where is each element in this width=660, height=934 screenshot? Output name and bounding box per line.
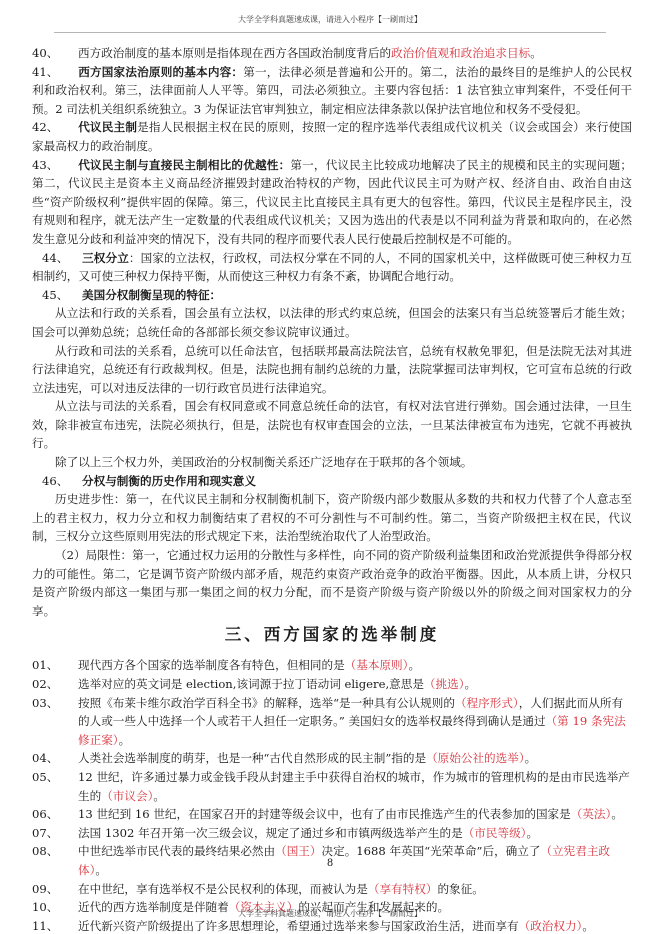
qa-number: 09、 <box>32 880 78 899</box>
item-number: 42、 <box>32 118 78 137</box>
qa-number: 05、 <box>32 768 78 805</box>
qa-tail: 。 <box>119 733 131 747</box>
qa-tail: 。 <box>582 919 594 933</box>
item-45-para: 从立法与司法的关系看，国会有权同意或不同意总统任命的法官，有权对法官进行弹劾。国… <box>32 397 632 453</box>
qa-text: 13 世纪到 16 世纪，在国家召开的封建等级会议中，也有了由市民推选产生的代表… <box>78 807 571 821</box>
footer-promo-note: 大学全学科真题速成课，请进入小程序【一刷而过】 <box>0 908 660 919</box>
header-divider <box>54 32 606 33</box>
page-number: 8 <box>0 858 660 869</box>
qa-number: 06、 <box>32 805 78 824</box>
qa-text: 近代新兴资产阶级提出了许多思想理论，希望通过选举来参与国家政治生活，进而享有 <box>78 919 519 933</box>
qa-text: 法国 1302 年召开第一次三级会议，规定了通过乡和市镇两级选举产生的是 <box>78 826 463 840</box>
qa-item-03: 03、 按照《布莱卡维尔政治学百科全书》的解释，选举“是一种具有公认规则的（程序… <box>32 694 632 750</box>
item-term: 西方国家法治原则的基本内容： <box>78 65 243 79</box>
qa-tail: 。 <box>525 751 537 765</box>
item-number: 44、 <box>32 249 82 268</box>
qa-item-04: 04、 人类社会选举制度的萌芽，也是一种“古代自然形成的民主制”指的是（原始公社… <box>32 749 632 768</box>
item-43: 43、代议民主制与直接民主制相比的优越性：第一，代议民主比较成功地解决了民主的规… <box>32 156 632 249</box>
qa-item-02: 02、 选举对应的英文词是 election,该词源于拉丁语动词 eligere… <box>32 675 632 694</box>
qa-tail: 。 <box>408 658 420 672</box>
item-number: 43、 <box>32 156 78 175</box>
answer-highlight: （政治权力） <box>519 919 583 933</box>
header-promo-note: 大学全学科真题速成课，请进入小程序【一刷而过】 <box>0 14 660 25</box>
qa-text: 在中世纪，享有选举权不是公民权利的体现，而被认为是 <box>78 882 368 896</box>
answer-highlight: （程序形式） <box>455 696 519 710</box>
qa-tail: 的象征。 <box>437 882 483 896</box>
item-45: 45、美国分权制衡呈现的特征： <box>32 286 632 305</box>
qa-number: 01、 <box>32 656 78 675</box>
section-heading: 三、西方国家的选举制度 <box>32 624 632 646</box>
item-46: 46、分权与制衡的历史作用和现实意义 <box>32 472 632 491</box>
item-tail: 。 <box>530 46 542 60</box>
answer-highlight: （享有特权） <box>368 882 438 896</box>
qa-item-09: 09、 在中世纪，享有选举权不是公民权利的体现，而被认为是（享有特权）的象征。 <box>32 880 632 899</box>
item-45-para: 除了以上三个权力外，美国政治的分权制衡关系还广泛地存在于联邦的各个领域。 <box>32 453 632 472</box>
item-44: 44、三权分立：国家的立法权，行政权，司法权分掌在不同的人，不同的国家机关中，这… <box>32 249 632 286</box>
qa-item-01: 01、 现代西方各个国家的选举制度各有特色，但相同的是（基本原则）。 <box>32 656 632 675</box>
qa-text: 选举对应的英文词是 election,该词源于拉丁语动词 eligere,意思是 <box>78 677 424 691</box>
qa-tail: 。 <box>153 789 165 803</box>
item-term: 三权分立 <box>82 251 129 265</box>
qa-number: 02、 <box>32 675 78 694</box>
item-term: 代议民主制 <box>78 120 137 134</box>
qa-item-07: 07、 法国 1302 年召开第一次三级会议，规定了通过乡和市镇两级选举产生的是… <box>32 824 632 843</box>
answer-highlight: （市议会） <box>101 789 153 803</box>
item-number: 41、 <box>32 63 78 82</box>
qa-text-mid: 决定。1688 年英国“光荣革命”后，确立了 <box>322 844 541 858</box>
answer-highlight: （英法） <box>571 807 612 821</box>
item-number: 46、 <box>32 472 82 491</box>
qa-number: 04、 <box>32 749 78 768</box>
qa-item-06: 06、 13 世纪到 16 世纪，在国家召开的封建等级会议中，也有了由市民推选产… <box>32 805 632 824</box>
answer-highlight: （原始公社的选举） <box>426 751 525 765</box>
qa-tail: 。 <box>611 807 623 821</box>
qa-number: 07、 <box>32 824 78 843</box>
qa-number: 11、 <box>32 917 78 934</box>
item-number: 40、 <box>32 44 78 63</box>
item-45-para: 从立法和行政的关系看，国会虽有立法权，以法律的形式约束总统，但国会的法案只有当总… <box>32 304 632 341</box>
answer-highlight: （挑选） <box>424 677 465 691</box>
item-term: 代议民主制与直接民主制相比的优越性： <box>78 158 290 172</box>
answer-highlight: （市民等级） <box>463 826 527 840</box>
qa-text: 人类社会选举制度的萌芽，也是一种“古代自然形成的民主制”指的是 <box>78 751 426 765</box>
item-46-para: 历史进步性：第一，在代议民主制和分权制衡机制下，资产阶级内部少数服从多数的共和权… <box>32 490 632 546</box>
qa-item-11: 11、 近代新兴资产阶级提出了许多思想理论，希望通过选举来参与国家政治生活，进而… <box>32 917 632 934</box>
qa-item-05: 05、 12 世纪，许多通过暴力或金钱手段从封建主手中获得自治权的城市，作为城市… <box>32 768 632 805</box>
answer-highlight: （基本原则） <box>345 658 409 672</box>
qa-text: 按照《布莱卡维尔政治学百科全书》的解释，选举“是一种具有公认规则的 <box>78 696 455 710</box>
item-term: 美国分权制衡呈现的特征： <box>82 288 221 302</box>
item-text: 西方政治制度的基本原则是指体现在西方各国政治制度背后的 <box>78 46 391 60</box>
answer-highlight: （国王） <box>275 844 321 858</box>
item-number: 45、 <box>32 286 82 305</box>
page-content: 40、西方政治制度的基本原则是指体现在西方各国政治制度背后的政治价值观和政治追求… <box>32 44 632 934</box>
item-45-para: 从行政和司法的关系看，总统可以任命法官，包括联邦最高法院法官，总统有权赦免罪犯，… <box>32 342 632 398</box>
qa-tail: 。 <box>526 826 538 840</box>
qa-text: 中世纪选举市民代表的最终结果必然由 <box>78 844 275 858</box>
qa-text: 现代西方各个国家的选举制度各有特色，但相同的是 <box>78 658 345 672</box>
qa-tail: 。 <box>465 677 477 691</box>
item-41: 41、西方国家法治原则的基本内容：第一，法律必须是普遍和公开的。第二，法治的最终… <box>32 63 632 119</box>
item-40: 40、西方政治制度的基本原则是指体现在西方各国政治制度背后的政治价值观和政治追求… <box>32 44 632 63</box>
item-46-para: （2）局限性：第一，它通过权力运用的分散性与多样性，向不同的资产阶级利益集团和政… <box>32 546 632 620</box>
item-42: 42、代议民主制是指人民根据主权在民的原则，按照一定的程序选举代表组成代议机关（… <box>32 118 632 155</box>
item-term: 分权与制衡的历史作用和现实意义 <box>82 474 256 488</box>
answer-highlight: 政治价值观和政治追求目标 <box>391 46 530 60</box>
